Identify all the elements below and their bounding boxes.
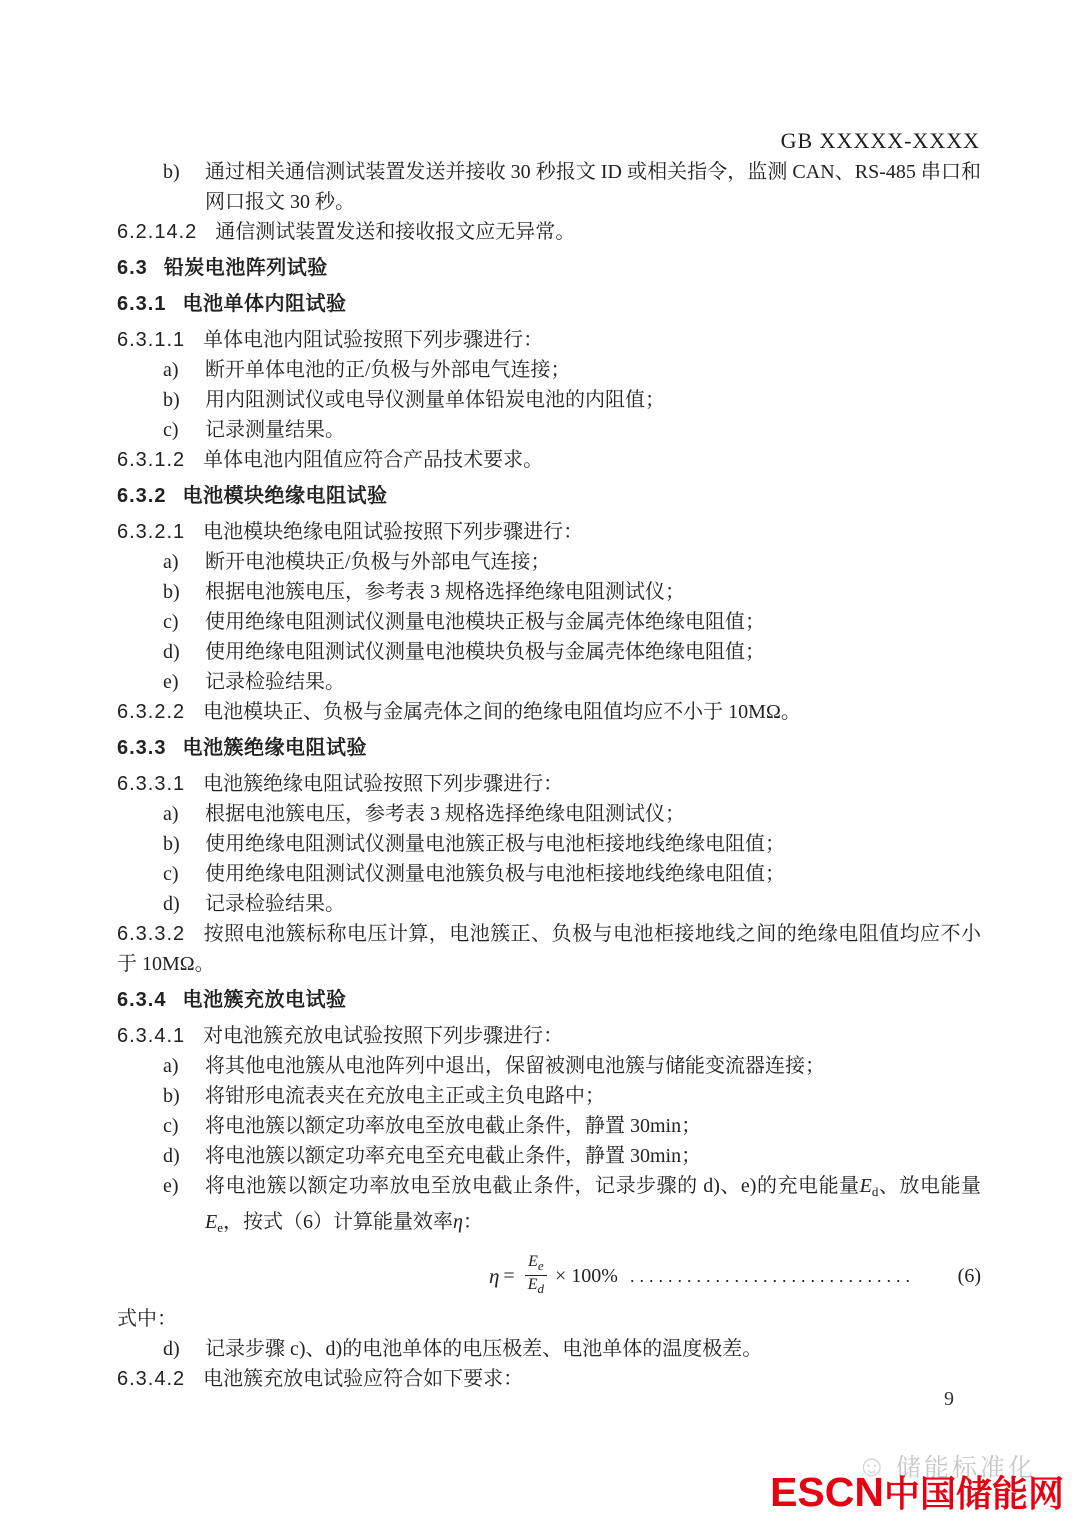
list-item-text: 记录检验结果。: [205, 893, 345, 915]
logo-cjk-text: 中国储能网: [884, 1473, 1064, 1514]
clause-6-3-4-2: 6.3.4.2电池簇充放电试验应符合如下要求：: [117, 1364, 981, 1394]
list-item: c) 使用绝缘电阻测试仪测量电池簇负极与电池柜接地线绝缘电阻值；: [117, 859, 981, 889]
list-item: b) 根据电池簇电压，参考表 3 规格选择绝缘电阻测试仪；: [117, 577, 981, 607]
section-heading-6-3: 6.3铅炭电池阵列试验: [117, 253, 981, 283]
clause-text: 按照电池簇标称电压计算，电池簇正、负极与电池柜接地线之间的绝缘电阻值均应不小于 …: [117, 923, 981, 975]
symbol-eta: η: [453, 1211, 463, 1233]
list-marker: e): [163, 1171, 179, 1201]
list-item-text: 记录测量结果。: [205, 419, 345, 441]
list-marker: b): [163, 385, 180, 415]
section-heading-6-3-1: 6.3.1电池单体内阻试验: [117, 289, 981, 319]
list-item: b) 通过相关通信测试装置发送并接收 30 秒报文 ID 或相关指令，监测 CA…: [117, 157, 981, 217]
heading-title: 电池单体内阻试验: [182, 293, 346, 315]
list-item: a) 断开电池模块正/负极与外部电气连接；: [117, 547, 981, 577]
list-marker: b): [163, 577, 180, 607]
list-item-text: 用内阻测试仪或电导仪测量单体铅炭电池的内阻值；: [205, 389, 665, 411]
list-marker: e): [163, 667, 179, 697]
clause-6-3-2-2: 6.3.2.2电池模块正、负极与金属壳体之间的绝缘电阻值均应不小于 10MΩ。: [117, 697, 981, 727]
fraction-numerator: Ee: [525, 1253, 547, 1275]
list-marker: b): [163, 829, 180, 859]
clause-number: 6.3.3.1: [117, 773, 185, 795]
list-marker: c): [163, 607, 179, 637]
clause-number: 6.3.4.2: [117, 1368, 185, 1390]
clause-6-2-14-2: 6.2.14.2通信测试装置发送和接收报文应无异常。: [117, 217, 981, 247]
list-marker: a): [163, 547, 179, 577]
list-marker: b): [163, 1081, 180, 1111]
list-marker: d): [163, 1141, 180, 1171]
clause-number: 6.3.2.1: [117, 521, 185, 543]
symbol-Ee: E: [205, 1211, 217, 1233]
heading-number: 6.3.2: [117, 485, 166, 507]
list-item: d) 记录检验结果。: [117, 889, 981, 919]
list-item-text: 将钳形电流表夹在充放电主正或主负电路中；: [205, 1085, 605, 1107]
list-item: d) 记录步骤 c)、d)的电池单体的电压极差、电池单体的温度极差。: [117, 1334, 981, 1364]
clause-6-3-2-1: 6.3.2.1电池模块绝缘电阻试验按照下列步骤进行：: [117, 517, 981, 547]
list-item-text: 使用绝缘电阻测试仪测量电池簇正极与电池柜接地线绝缘电阻值；: [205, 833, 785, 855]
list-item: c) 记录测量结果。: [117, 415, 981, 445]
clause-6-3-1-1: 6.3.1.1单体电池内阻试验按照下列步骤进行：: [117, 325, 981, 355]
heading-title: 电池簇绝缘电阻试验: [182, 737, 367, 759]
document-body: b) 通过相关通信测试装置发送并接收 30 秒报文 ID 或相关指令，监测 CA…: [117, 157, 981, 1394]
clause-6-3-1-2: 6.3.1.2单体电池内阻值应符合产品技术要求。: [117, 445, 981, 475]
clause-text: 单体电池内阻试验按照下列步骤进行：: [203, 329, 543, 351]
clause-text: 电池模块绝缘电阻试验按照下列步骤进行：: [203, 521, 583, 543]
list-item: b) 使用绝缘电阻测试仪测量电池簇正极与电池柜接地线绝缘电阻值；: [117, 829, 981, 859]
list-item: a) 根据电池簇电压，参考表 3 规格选择绝缘电阻测试仪；: [117, 799, 981, 829]
list-marker: c): [163, 859, 179, 889]
equation-dot-leader: ..............................: [630, 1261, 952, 1291]
equation-lhs: η: [489, 1261, 499, 1291]
standard-code-header: GB XXXXX-XXXX: [781, 128, 980, 154]
list-item: b) 将钳形电流表夹在充放电主正或主负电路中；: [117, 1081, 981, 1111]
list-marker: a): [163, 1051, 179, 1081]
clause-number: 6.3.3.2: [117, 923, 185, 945]
list-item-text: 使用绝缘电阻测试仪测量电池模块负极与金属壳体绝缘电阻值；: [205, 641, 765, 663]
clause-text: 电池模块正、负极与金属壳体之间的绝缘电阻值均应不小于 10MΩ。: [203, 701, 801, 723]
list-item-text: 断开电池模块正/负极与外部电气连接；: [205, 551, 551, 573]
section-heading-6-3-4: 6.3.4电池簇充放电试验: [117, 985, 981, 1015]
list-item-text: 将电池簇以额定功率放电至放电截止条件，记录步骤的 d)、e)的充电能量Ed、放电…: [205, 1175, 981, 1233]
brand-block: ☺储能标准化 ESCN中国储能网: [770, 1466, 1064, 1517]
clause-number: 6.3.1.2: [117, 449, 185, 471]
list-item: a) 将其他电池簇从电池阵列中退出，保留被测电池簇与储能变流器连接；: [117, 1051, 981, 1081]
clause-6-3-4-1: 6.3.4.1对电池簇充放电试验按照下列步骤进行：: [117, 1021, 981, 1051]
equation-equals: =: [503, 1261, 514, 1291]
clause-text: 电池簇充放电试验应符合如下要求：: [203, 1368, 523, 1390]
heading-title: 电池簇充放电试验: [182, 989, 346, 1011]
equation-rhs: × 100%: [555, 1261, 618, 1291]
clause-text: 电池簇绝缘电阻试验按照下列步骤进行：: [203, 773, 563, 795]
logo-latin-text: ESCN: [770, 1469, 884, 1515]
section-heading-6-3-2: 6.3.2电池模块绝缘电阻试验: [117, 481, 981, 511]
section-heading-6-3-3: 6.3.3电池簇绝缘电阻试验: [117, 733, 981, 763]
document-page: GB XXXXX-XXXX b) 通过相关通信测试装置发送并接收 30 秒报文 …: [0, 0, 1080, 1528]
list-item-text: 将电池簇以额定功率充电至充电截止条件，静置 30min；: [205, 1145, 701, 1167]
list-marker: d): [163, 889, 180, 919]
list-item: d) 使用绝缘电阻测试仪测量电池模块负极与金属壳体绝缘电阻值；: [117, 637, 981, 667]
list-item-text: 记录检验结果。: [205, 671, 345, 693]
list-item-text: 将电池簇以额定功率放电至放电截止条件，静置 30min；: [205, 1115, 701, 1137]
list-marker: b): [163, 157, 180, 187]
list-marker: a): [163, 355, 179, 385]
list-item-text: 使用绝缘电阻测试仪测量电池模块正极与金属壳体绝缘电阻值；: [205, 611, 765, 633]
list-marker: c): [163, 415, 179, 445]
clause-6-3-3-2: 6.3.3.2按照电池簇标称电压计算，电池簇正、负极与电池柜接地线之间的绝缘电阻…: [117, 919, 981, 979]
list-marker: a): [163, 799, 179, 829]
where-label: 式中：: [117, 1304, 981, 1334]
list-marker: d): [163, 1334, 180, 1364]
list-item: d) 将电池簇以额定功率充电至充电截止条件，静置 30min；: [117, 1141, 981, 1171]
clause-number: 6.3.2.2: [117, 701, 185, 723]
page-number: 9: [944, 1388, 954, 1411]
clause-6-3-3-1: 6.3.3.1电池簇绝缘电阻试验按照下列步骤进行：: [117, 769, 981, 799]
equation-fraction: Ee Ed: [525, 1253, 547, 1298]
heading-title: 电池模块绝缘电阻试验: [182, 485, 387, 507]
list-item: b) 用内阻测试仪或电导仪测量单体铅炭电池的内阻值；: [117, 385, 981, 415]
list-item: a) 断开单体电池的正/负极与外部电气连接；: [117, 355, 981, 385]
equation-6: η = Ee Ed × 100% .......................…: [117, 1253, 981, 1298]
list-item-text: 断开单体电池的正/负极与外部电气连接；: [205, 359, 571, 381]
heading-number: 6.3: [117, 257, 148, 279]
clause-text: 通信测试装置发送和接收报文应无异常。: [215, 221, 575, 243]
list-item-with-formula-symbols: e) 将电池簇以额定功率放电至放电截止条件，记录步骤的 d)、e)的充电能量Ed…: [117, 1171, 981, 1243]
list-marker: d): [163, 637, 180, 667]
symbol-Ed: E: [860, 1175, 872, 1197]
fraction-denominator: Ed: [525, 1275, 547, 1298]
heading-number: 6.3.3: [117, 737, 166, 759]
clause-number: 6.2.14.2: [117, 221, 197, 243]
heading-title: 铅炭电池阵列试验: [164, 257, 328, 279]
clause-text: 单体电池内阻值应符合产品技术要求。: [203, 449, 543, 471]
list-item-text: 将其他电池簇从电池阵列中退出，保留被测电池簇与储能变流器连接；: [205, 1055, 825, 1077]
list-item-text: 使用绝缘电阻测试仪测量电池簇负极与电池柜接地线绝缘电阻值；: [205, 863, 785, 885]
list-item-text: 记录步骤 c)、d)的电池单体的电压极差、电池单体的温度极差。: [205, 1338, 762, 1360]
list-item-text: 根据电池簇电压，参考表 3 规格选择绝缘电阻测试仪；: [205, 581, 685, 603]
list-marker: c): [163, 1111, 179, 1141]
clause-number: 6.3.1.1: [117, 329, 185, 351]
heading-number: 6.3.4: [117, 989, 166, 1011]
list-item-text: 根据电池簇电压，参考表 3 规格选择绝缘电阻测试仪；: [205, 803, 685, 825]
clause-text: 对电池簇充放电试验按照下列步骤进行：: [203, 1025, 563, 1047]
equation-label: (6): [958, 1261, 981, 1291]
list-item: c) 使用绝缘电阻测试仪测量电池模块正极与金属壳体绝缘电阻值；: [117, 607, 981, 637]
escn-logo: ESCN中国储能网: [770, 1466, 1064, 1517]
list-item-text: 通过相关通信测试装置发送并接收 30 秒报文 ID 或相关指令，监测 CAN、R…: [205, 161, 981, 213]
heading-number: 6.3.1: [117, 293, 166, 315]
list-item: c) 将电池簇以额定功率放电至放电截止条件，静置 30min；: [117, 1111, 981, 1141]
clause-number: 6.3.4.1: [117, 1025, 185, 1047]
list-item: e) 记录检验结果。: [117, 667, 981, 697]
